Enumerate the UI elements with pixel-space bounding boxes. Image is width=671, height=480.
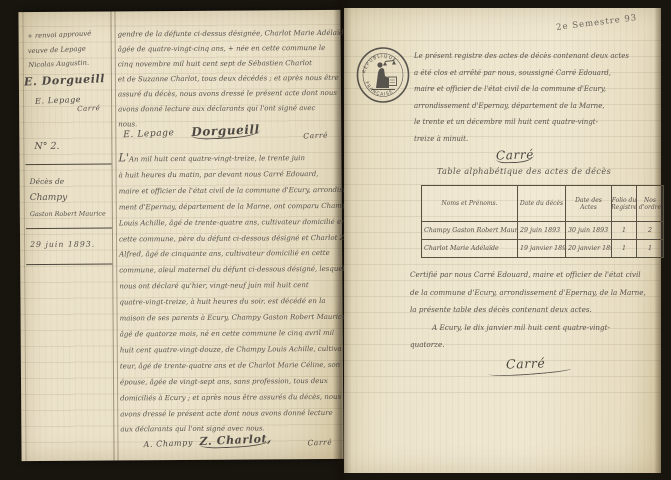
act-text-line: âgé de quatorze mois, né en cette commun… (120, 326, 342, 343)
act-text-line: cinq novembre mil huit cent sept de Séba… (118, 56, 340, 73)
closing-line: maire et officier de l'état civil de la … (414, 81, 654, 98)
certification-line: Certifié par nous Carré Edouard, maire e… (410, 266, 662, 284)
closing-line: arrondissement d'Epernay, département de… (414, 98, 654, 115)
death-act-text: L'An mil huit cent quatre-vingt-treize, … (118, 149, 342, 439)
closing-line: a été clos et arrêté par nous, soussigné… (414, 65, 654, 82)
act-text-line: avons donné lecture aux déclarants qui l… (118, 101, 340, 118)
signature-carre: Carré (303, 131, 328, 141)
margin-renvoi-note: + renvoi approuvé veuve de Lepage Nicola… (27, 27, 93, 73)
previous-act-text: gendre de la défunte ci-dessus désignée,… (118, 26, 341, 133)
certification-line: A Ecury, le dix janvier mil huit cent qu… (410, 319, 662, 337)
certification-line: la présente table des décès contenant de… (410, 301, 662, 319)
table-header-folio: Folio du Registre (612, 186, 637, 222)
signature-carre-act: Carré (307, 438, 332, 448)
certification-line: quatorze. (410, 336, 662, 354)
closing-line: Le présent registre des actes de décès c… (414, 48, 654, 65)
act-text-line: à huit heures du matin, par devant nous … (119, 167, 341, 184)
death-index-table: Noms et Prénoms. Date du décès Date des … (421, 185, 664, 258)
margin-title-line: Décès de (30, 174, 106, 191)
signature-lepage: E. Lepage (123, 128, 175, 140)
certification-line: de la commune d'Ecury, arrondissement d'… (410, 284, 662, 302)
table-row-act-date: 30 juin 1893 (566, 222, 612, 240)
signature-dorgueill: Dorgueill (191, 122, 260, 140)
register-closing-statement: Le présent registre des actes de décès c… (414, 48, 654, 147)
table-header-death-date: Date du décès (518, 186, 566, 222)
signature-carre-closing: Carré (496, 147, 534, 163)
act-text-line: avons dressé le présent acte dont nous a… (120, 405, 342, 422)
act-text-line: ment d'Epernay, département de la Marne,… (119, 199, 341, 216)
table-header-order: Nos d'ordre (637, 186, 663, 222)
justice-figure-icon: RÉPUBLIQUE FRANÇAISE (355, 46, 411, 104)
margin-act-title: Décès de Champy Gaston Robert Maurice (30, 174, 106, 223)
signature-carre-margin: Carré (77, 104, 101, 113)
table-certification: Certifié par nous Carré Edouard, maire e… (410, 266, 662, 354)
margin-title-line: Champy (30, 190, 106, 207)
renvoi-line: Nicolas Augustin. (28, 55, 93, 72)
act-text-line: teur, âgé de trente-quatre ans et de Cha… (120, 358, 342, 375)
act-text-line: huit cent quatre-vingt-douze, de Champy … (120, 342, 342, 359)
act-text-line: gendre de la défunte ci-dessus désignée,… (118, 26, 340, 43)
closing-line: le trente et un décembre mil huit cent q… (414, 114, 654, 131)
act-text-line: assuré du décès, nous avons dressé le pr… (118, 86, 340, 103)
act-text-line: Alfred, âgé de cinquante ans, cultivateu… (119, 246, 341, 263)
register-scan: + renvoi approuvé veuve de Lepage Nicola… (0, 0, 671, 480)
table-row-folio: 1 (612, 222, 637, 240)
act-text-line: domiciliés à Ecury ; et après nous être … (120, 389, 342, 406)
table-row-order: 1 (637, 240, 663, 257)
act-text-line: épouse, âgée de vingt-sept ans, sans pro… (120, 374, 342, 391)
table-row-folio: 1 (612, 240, 637, 257)
act-text-line: commune, aïeul maternel du défunt ci-des… (119, 262, 341, 279)
signature-lepage-margin: E. Lepage (35, 95, 81, 106)
margin-rule (26, 263, 112, 265)
act-text-line: L'An mil huit cent quatre-vingt-treize, … (118, 149, 340, 168)
signature-charlot: Z. Charlot, (199, 432, 272, 449)
register-left-page: + renvoi approuvé veuve de Lepage Nicola… (18, 10, 343, 461)
act-text-line: âgée de quatre-vingt-cinq ans, + née en … (118, 41, 340, 58)
act-text-line: cette commune, père du défunt ci-dessous… (119, 230, 341, 247)
act-text-line: et de Suzanne Charlot, tous deux décédés… (118, 71, 340, 88)
act-text-line: nous ont déclaré qu'hier, vingt-neuf jui… (119, 278, 341, 295)
table-row-death-date: 29 juin 1893 (518, 222, 566, 240)
book-binding-shadow (333, 0, 351, 480)
semester-corner-note: 2e Semestre 93 (556, 13, 638, 33)
death-table-title: Table alphabétique des actes de décès (399, 166, 649, 176)
margin-rule (26, 227, 112, 229)
margin-rule (25, 163, 111, 165)
signature-champy: A. Champy (143, 438, 193, 449)
table-row-name: Charlot Marie Adélaïde (422, 240, 518, 257)
republique-francaise-stamp: RÉPUBLIQUE FRANÇAISE (355, 46, 411, 108)
act-text-line: maire et officier de l'état civil de la … (119, 183, 341, 200)
table-header-act-date: Date des Actes (566, 186, 612, 222)
act-text-line: quatre-vingt-treize, à huit heures du so… (119, 294, 341, 311)
margin-title-line: Gaston Robert Maurice (30, 206, 106, 223)
table-row-order: 2 (637, 222, 663, 240)
register-right-page: 2e Semestre 93 RÉPUBLIQUE FRANÇAISE (344, 8, 661, 473)
table-row-name: Champy Gaston Robert Maurice (422, 222, 518, 240)
act-text-line: Louis Achille, âgé de trente-quatre ans,… (119, 215, 341, 232)
margin-act-date: 29 juin 1893. (30, 240, 95, 249)
table-header-names: Noms et Prénoms. (422, 186, 518, 222)
act-number: N° 2. (34, 141, 59, 152)
signature-carre-certification: Carré (506, 355, 546, 371)
table-row-death-date: 19 janvier 1893 (518, 240, 566, 257)
table-row-act-date: 20 janvier 1893 (566, 240, 612, 257)
act-text-line: maison de ses parents à Ecury, Champy Ga… (120, 310, 342, 327)
closing-line: treize à minuit. (414, 131, 654, 148)
signature-dorgueill-margin: E. Dorgueill (24, 72, 106, 88)
